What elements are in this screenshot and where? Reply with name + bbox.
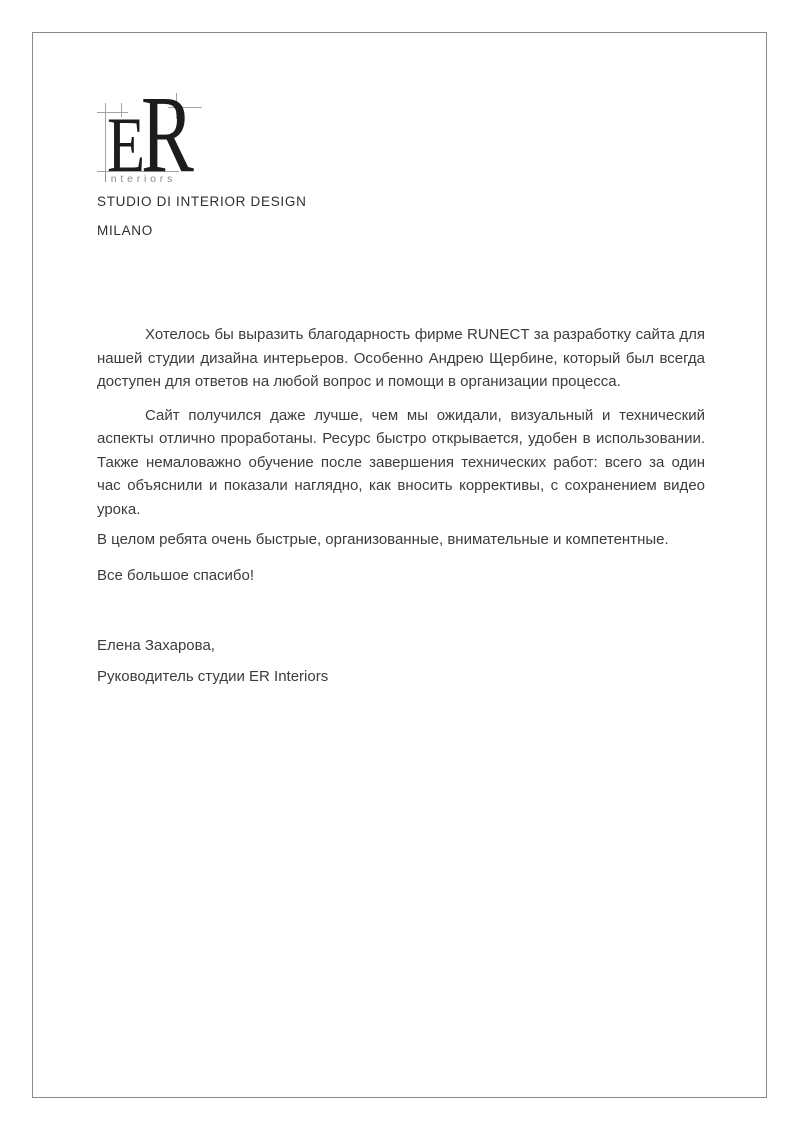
signature-name: Елена Захарова, bbox=[97, 634, 705, 658]
studio-line: STUDIO DI INTERIOR DESIGN bbox=[97, 194, 307, 209]
paragraph-gratitude: Хотелось бы выразить благодарность фирме… bbox=[97, 323, 705, 394]
signature-title: Руководитель студии ER Interiors bbox=[97, 665, 705, 689]
city-line: MILANO bbox=[97, 223, 153, 238]
paragraph-team-summary: В целом ребята очень быстрые, организова… bbox=[97, 528, 705, 552]
paragraph-thanks: Все большое спасибо! bbox=[97, 564, 705, 588]
logo-guide-line-vertical-left bbox=[105, 103, 106, 179]
logo-subtext: Interiors bbox=[104, 173, 176, 185]
paragraph-website-quality: Сайт получился даже лучше, чем мы ожидал… bbox=[97, 404, 705, 522]
letter-body: Хотелось бы выразить благодарность фирме… bbox=[97, 323, 705, 689]
